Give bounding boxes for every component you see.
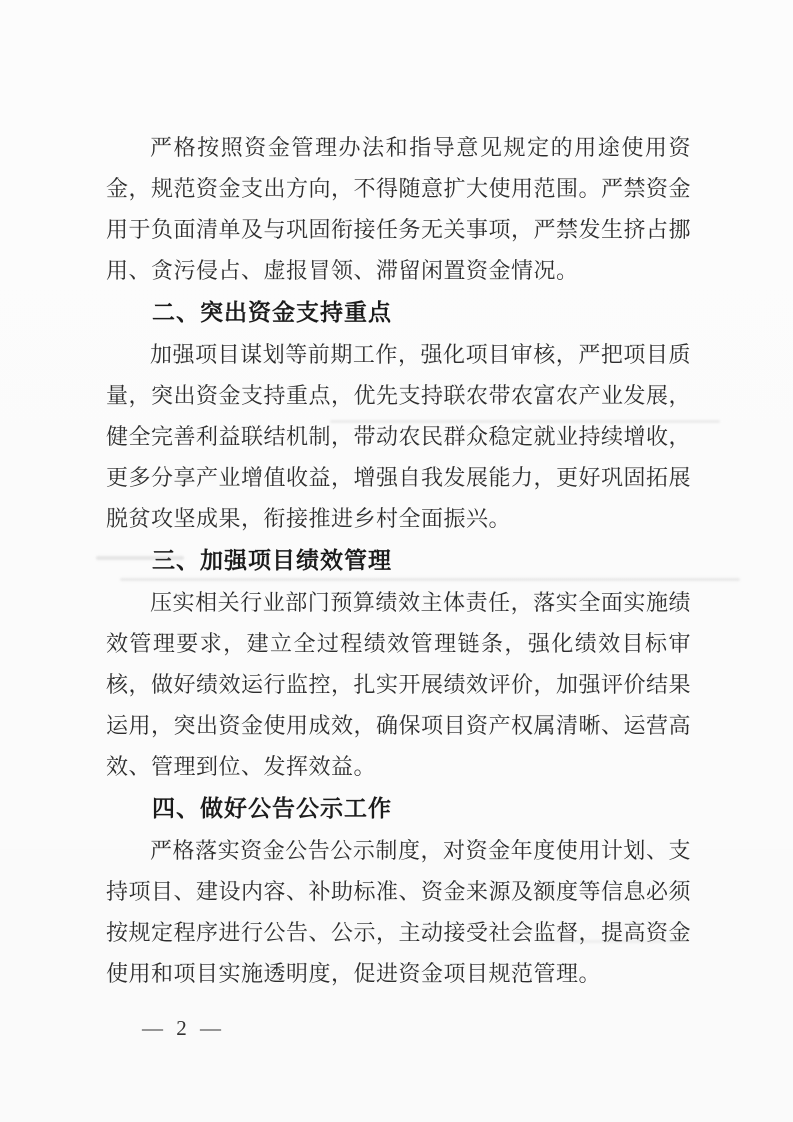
paragraph-public-disclosure: 严格落实资金公告公示制度，对资金年度使用计划、支持项目、建设内容、补助标准、资金… bbox=[106, 830, 691, 994]
section-heading-2: 二、突出资金支持重点 bbox=[106, 292, 691, 333]
page-number: — 2 — bbox=[142, 1016, 225, 1041]
paragraph-funds-usage: 严格按照资金管理办法和指导意见规定的用途使用资金，规范资金支出方向，不得随意扩大… bbox=[106, 127, 691, 291]
section-heading-3: 三、加强项目绩效管理 bbox=[106, 540, 691, 581]
document-page: 严格按照资金管理办法和指导意见规定的用途使用资金，规范资金支出方向，不得随意扩大… bbox=[0, 0, 793, 1122]
document-body: 严格按照资金管理办法和指导意见规定的用途使用资金，规范资金支出方向，不得随意扩大… bbox=[106, 127, 691, 994]
section-heading-4: 四、做好公告公示工作 bbox=[106, 788, 691, 829]
paragraph-performance-management: 压实相关行业部门预算绩效主体责任，落实全面实施绩效管理要求，建立全过程绩效管理链… bbox=[106, 582, 691, 787]
paragraph-funding-priorities: 加强项目谋划等前期工作，强化项目审核，严把项目质量，突出资金支持重点，优先支持联… bbox=[106, 334, 691, 539]
